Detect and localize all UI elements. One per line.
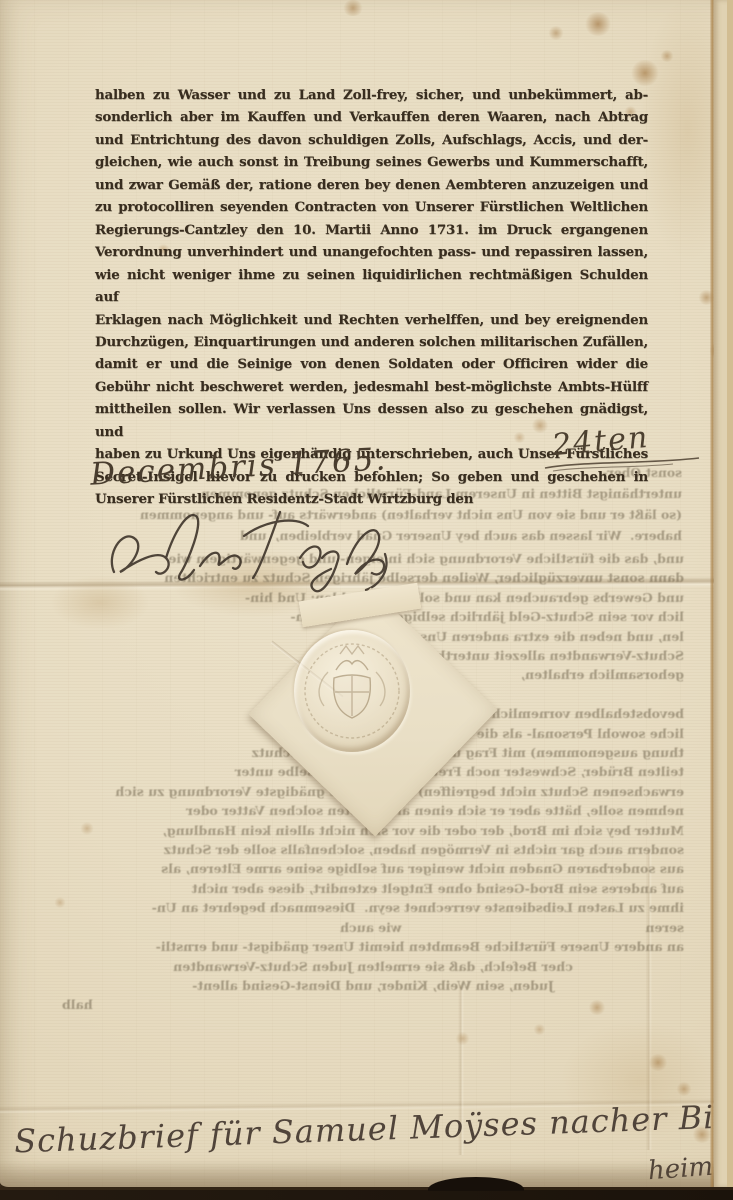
bleedthrough-line: sondern auch gar nichts in Vermögen habe… bbox=[62, 840, 684, 859]
foxing-stain bbox=[676, 1082, 692, 1096]
foxing-stain bbox=[548, 26, 564, 40]
embossed-seal bbox=[294, 630, 410, 752]
foxing-stain bbox=[54, 897, 66, 908]
foxing-stain bbox=[584, 12, 612, 36]
bleedthrough-line: Juden, sein Weib, Kinder, und Dienst-Ges… bbox=[62, 976, 684, 995]
bleedthrough-line: cher Befelch, daß sie ermelten Juden Sch… bbox=[62, 957, 684, 976]
foxing-stain bbox=[630, 60, 660, 86]
printed-text-line: Verordnung unverhindert und unangefochte… bbox=[95, 241, 648, 263]
printed-text-line: gleichen, wie auch sonst in Treibung sei… bbox=[95, 151, 648, 173]
handwritten-underline-flourish bbox=[543, 456, 703, 472]
printed-text-line: und zwar Gemäß der, ratione deren bey de… bbox=[95, 174, 648, 196]
bleedthrough-line: an andere Unsere Fürstliche Beambten hie… bbox=[62, 937, 684, 956]
foxing-stain bbox=[648, 1054, 668, 1071]
paper-bottom-edge-shadow bbox=[0, 1160, 733, 1190]
foxing-stain bbox=[533, 1024, 546, 1035]
foxing-stain bbox=[660, 50, 674, 62]
handwritten-docket-line2: heim bbox=[647, 1152, 714, 1186]
printed-text-line: sonderlich aber im Kauffen und Verkauffe… bbox=[95, 106, 648, 128]
printed-text-line: Erklagen nach Möglichkeit und Rechten ve… bbox=[95, 309, 648, 331]
printed-text-line: Durchzügen, Einquartirungen und anderen … bbox=[95, 331, 648, 353]
bleedthrough-line: seren wie auch bbox=[62, 918, 684, 937]
scanned-document-photo: sonst Ober-unterthänigst Bitten in Unser… bbox=[0, 0, 733, 1200]
printed-text-line: halben zu Wasser und zu Land Zoll-frey, … bbox=[95, 84, 648, 106]
seal-coat-of-arms bbox=[294, 630, 410, 752]
printed-text-line: wie nicht weniger ihme zu seinen liquidi… bbox=[95, 264, 648, 309]
printed-text-line: Gebühr nicht beschweret werden, jedesmah… bbox=[95, 376, 648, 398]
handwritten-docket-line1: Schuzbrief für Samuel Moÿses nacher Bisc… bbox=[14, 1098, 727, 1161]
foxing-stain bbox=[80, 822, 94, 835]
book-block-edge bbox=[727, 0, 733, 1187]
bleedthrough-line: auf anderes sein Brod-Gesind ohne Entgel… bbox=[62, 879, 684, 898]
bleedthrough-line: aus sonderbaren Gnaden nicht weniger auf… bbox=[62, 859, 684, 878]
printed-text-line: und Entrichtung des davon schuldigen Zol… bbox=[95, 129, 648, 151]
foxing-stain bbox=[455, 1032, 470, 1045]
printed-text-line: zu protocolliren seyenden Contracten von… bbox=[95, 196, 648, 218]
printed-text-line: Regierungs-Cantzley den 10. Martii Anno … bbox=[95, 219, 648, 241]
foxing-stain bbox=[588, 1000, 606, 1015]
printed-text-line: damit er und die Seinige von denen Solda… bbox=[95, 353, 648, 375]
foxing-stain bbox=[342, 0, 364, 16]
document-page: sonst Ober-unterthänigst Bitten in Unser… bbox=[0, 0, 733, 1187]
bleedthrough-line: ihme zu Lasten Leibsdienste verrechnet s… bbox=[62, 898, 684, 917]
bleedthrough-line: halb bbox=[62, 995, 684, 1014]
